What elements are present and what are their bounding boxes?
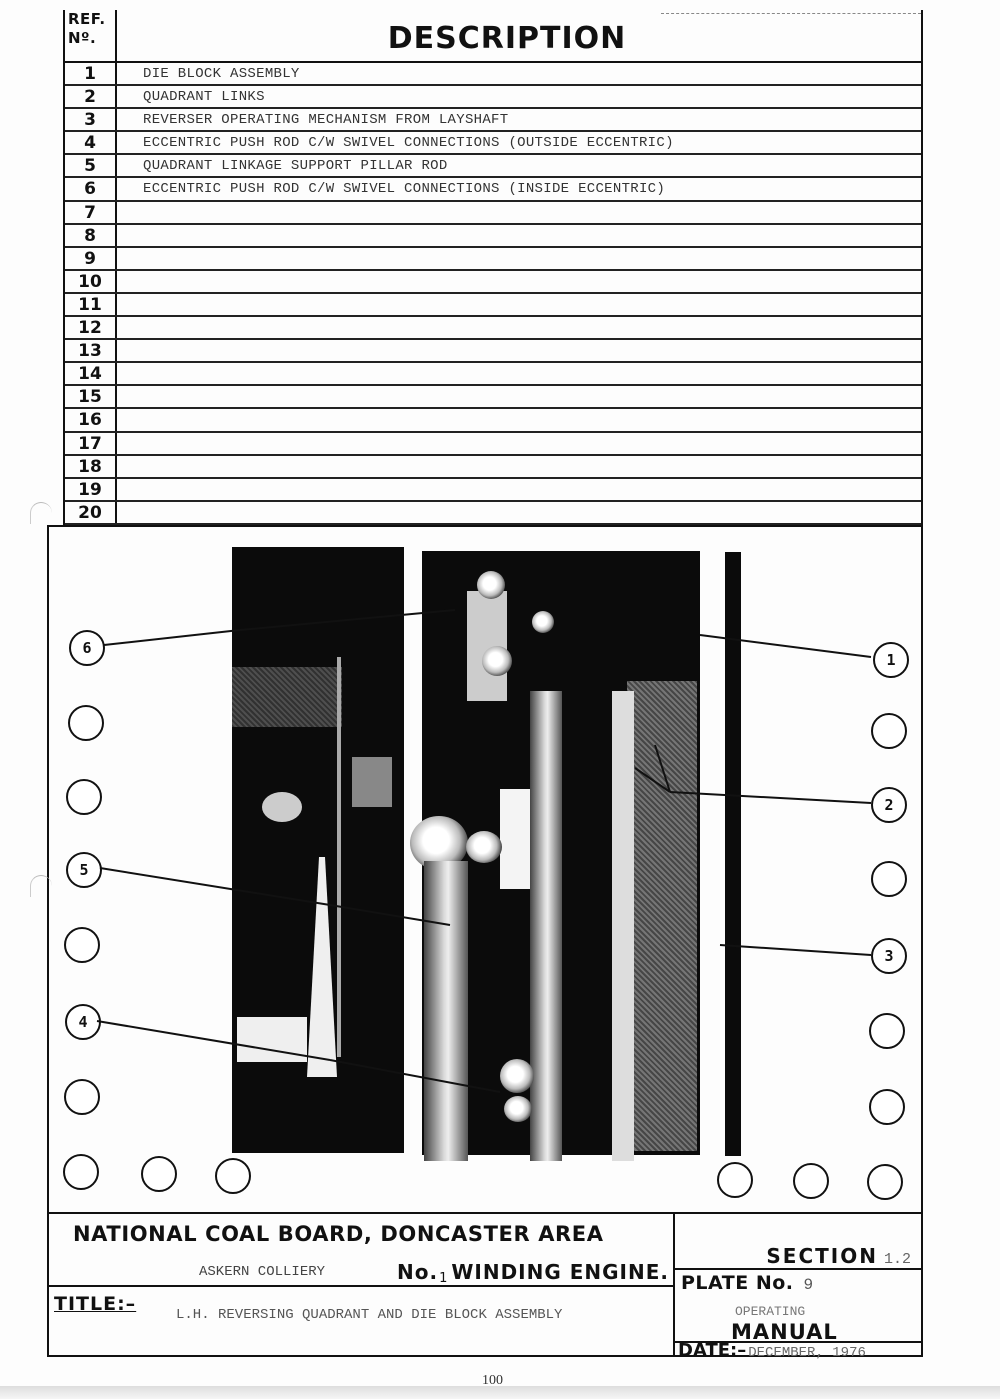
title-cell: TITLE:– L.H. REVERSING QUADRANT AND DIE … [49,1287,675,1355]
part-description: ECCENTRIC PUSH ROD C/W SWIVEL CONNECTION… [143,132,921,153]
callout-blank [64,1079,100,1115]
ref-number: 18 [65,456,117,477]
callout-1: 1 [873,642,909,678]
section: SECTION1.2 [766,1244,911,1268]
reference-cell: SECTION1.2 PLATE No.9 OPERATING MANUAL D… [675,1214,921,1355]
ref-number: 3 [65,109,117,130]
title-block: NATIONAL COAL BOARD, DONCASTER AREA ASKE… [47,1212,923,1357]
manual-page: REF. Nº. DESCRIPTION 1DIE BLOCK ASSEMBLY… [0,0,1000,1399]
table-row: 14 [65,363,921,386]
callout-4: 4 [65,1004,101,1040]
date: DATE:–DECEMBER, 1976 [678,1342,866,1362]
ref-number: 12 [65,317,117,338]
table-row: 3REVERSER OPERATING MECHANISM FROM LAYSH… [65,109,921,132]
part-description [143,363,921,384]
ref-number: 16 [65,409,117,430]
table-row: 20 [65,502,921,525]
table-row: 12 [65,317,921,340]
photo-strip [725,552,741,1156]
photo-left-panel [232,547,404,1153]
part-description [143,502,921,523]
table-row: 15 [65,386,921,409]
table-row: 17 [65,433,921,456]
table-row: 13 [65,340,921,363]
photo-right-panel [422,551,700,1155]
part-description [143,225,921,246]
part-description [143,340,921,361]
table-row: 4ECCENTRIC PUSH ROD C/W SWIVEL CONNECTIO… [65,132,921,155]
ref-number: 17 [65,433,117,454]
callout-blank [215,1158,251,1194]
ref-number: 5 [65,155,117,176]
callout-blank [871,861,907,897]
part-description: QUADRANT LINKAGE SUPPORT PILLAR ROD [143,155,921,176]
part-description [143,433,921,454]
part-description [143,202,921,223]
ref-number: 11 [65,294,117,315]
ref-number: 9 [65,248,117,269]
part-description [143,386,921,407]
ref-number: 13 [65,340,117,361]
parts-table-rows: 1DIE BLOCK ASSEMBLY2QUADRANT LINKS3REVER… [65,63,921,525]
table-row: 8 [65,225,921,248]
ref-number: 2 [65,86,117,107]
table-row: 18 [65,456,921,479]
callout-blank [869,1013,905,1049]
table-row: 7 [65,202,921,225]
callout-blank [63,1154,99,1190]
part-description: QUADRANT LINKS [143,86,921,107]
organisation-name: NATIONAL COAL BOARD, DONCASTER AREA [73,1222,604,1246]
table-row: 6ECCENTRIC PUSH ROD C/W SWIVEL CONNECTIO… [65,178,921,201]
table-row: 11 [65,294,921,317]
callout-blank [871,713,907,749]
organisation-cell: NATIONAL COAL BOARD, DONCASTER AREA ASKE… [49,1214,675,1287]
ref-no-header: REF. Nº. [65,10,117,63]
ref-number: 7 [65,202,117,223]
callout-blank [869,1089,905,1125]
table-row: 16 [65,409,921,432]
table-row: 19 [65,479,921,502]
punch-hole-mark [30,875,52,897]
part-description: ECCENTRIC PUSH ROD C/W SWIVEL CONNECTION… [143,178,921,199]
callout-6: 6 [69,630,105,666]
punch-hole-mark [30,502,52,524]
part-description [143,456,921,477]
callout-blank [141,1156,177,1192]
title-value: L.H. REVERSING QUADRANT AND DIE BLOCK AS… [176,1307,562,1323]
table-row: 10 [65,271,921,294]
part-description [143,271,921,292]
operating-label: OPERATING [735,1304,805,1319]
description-header: DESCRIPTION [117,10,921,63]
parts-table: REF. Nº. DESCRIPTION 1DIE BLOCK ASSEMBLY… [63,10,923,525]
part-description [143,294,921,315]
table-row: 5QUADRANT LINKAGE SUPPORT PILLAR ROD [65,155,921,178]
part-description [143,248,921,269]
part-description [143,317,921,338]
callout-blank [66,779,102,815]
callout-blank [68,705,104,741]
ref-number: 10 [65,271,117,292]
callout-blank [64,927,100,963]
engine-name: No.1WINDING ENGINE. [397,1260,669,1286]
table-row: 1DIE BLOCK ASSEMBLY [65,63,921,86]
ref-number: 19 [65,479,117,500]
ref-number: 6 [65,178,117,199]
callout-blank [867,1164,903,1200]
ref-number: 15 [65,386,117,407]
divider [675,1268,921,1270]
parts-table-header: REF. Nº. DESCRIPTION [65,10,921,63]
title-label: TITLE:– [54,1293,136,1315]
callout-3: 3 [871,938,907,974]
part-description [143,409,921,430]
colliery-name: ASKERN COLLIERY [199,1264,325,1280]
callout-blank [717,1162,753,1198]
callout-2: 2 [871,787,907,823]
ref-number: 14 [65,363,117,384]
table-row: 2QUADRANT LINKS [65,86,921,109]
callout-5: 5 [66,852,102,888]
page-edge [0,1386,1000,1399]
ref-number: 1 [65,63,117,84]
part-description: REVERSER OPERATING MECHANISM FROM LAYSHA… [143,109,921,130]
ref-number: 8 [65,225,117,246]
part-description: DIE BLOCK ASSEMBLY [143,63,921,84]
callout-blank [793,1163,829,1199]
part-description [143,479,921,500]
ref-number: 20 [65,502,117,523]
ref-number: 4 [65,132,117,153]
table-row: 9 [65,248,921,271]
plate-number: PLATE No.9 [681,1272,814,1294]
